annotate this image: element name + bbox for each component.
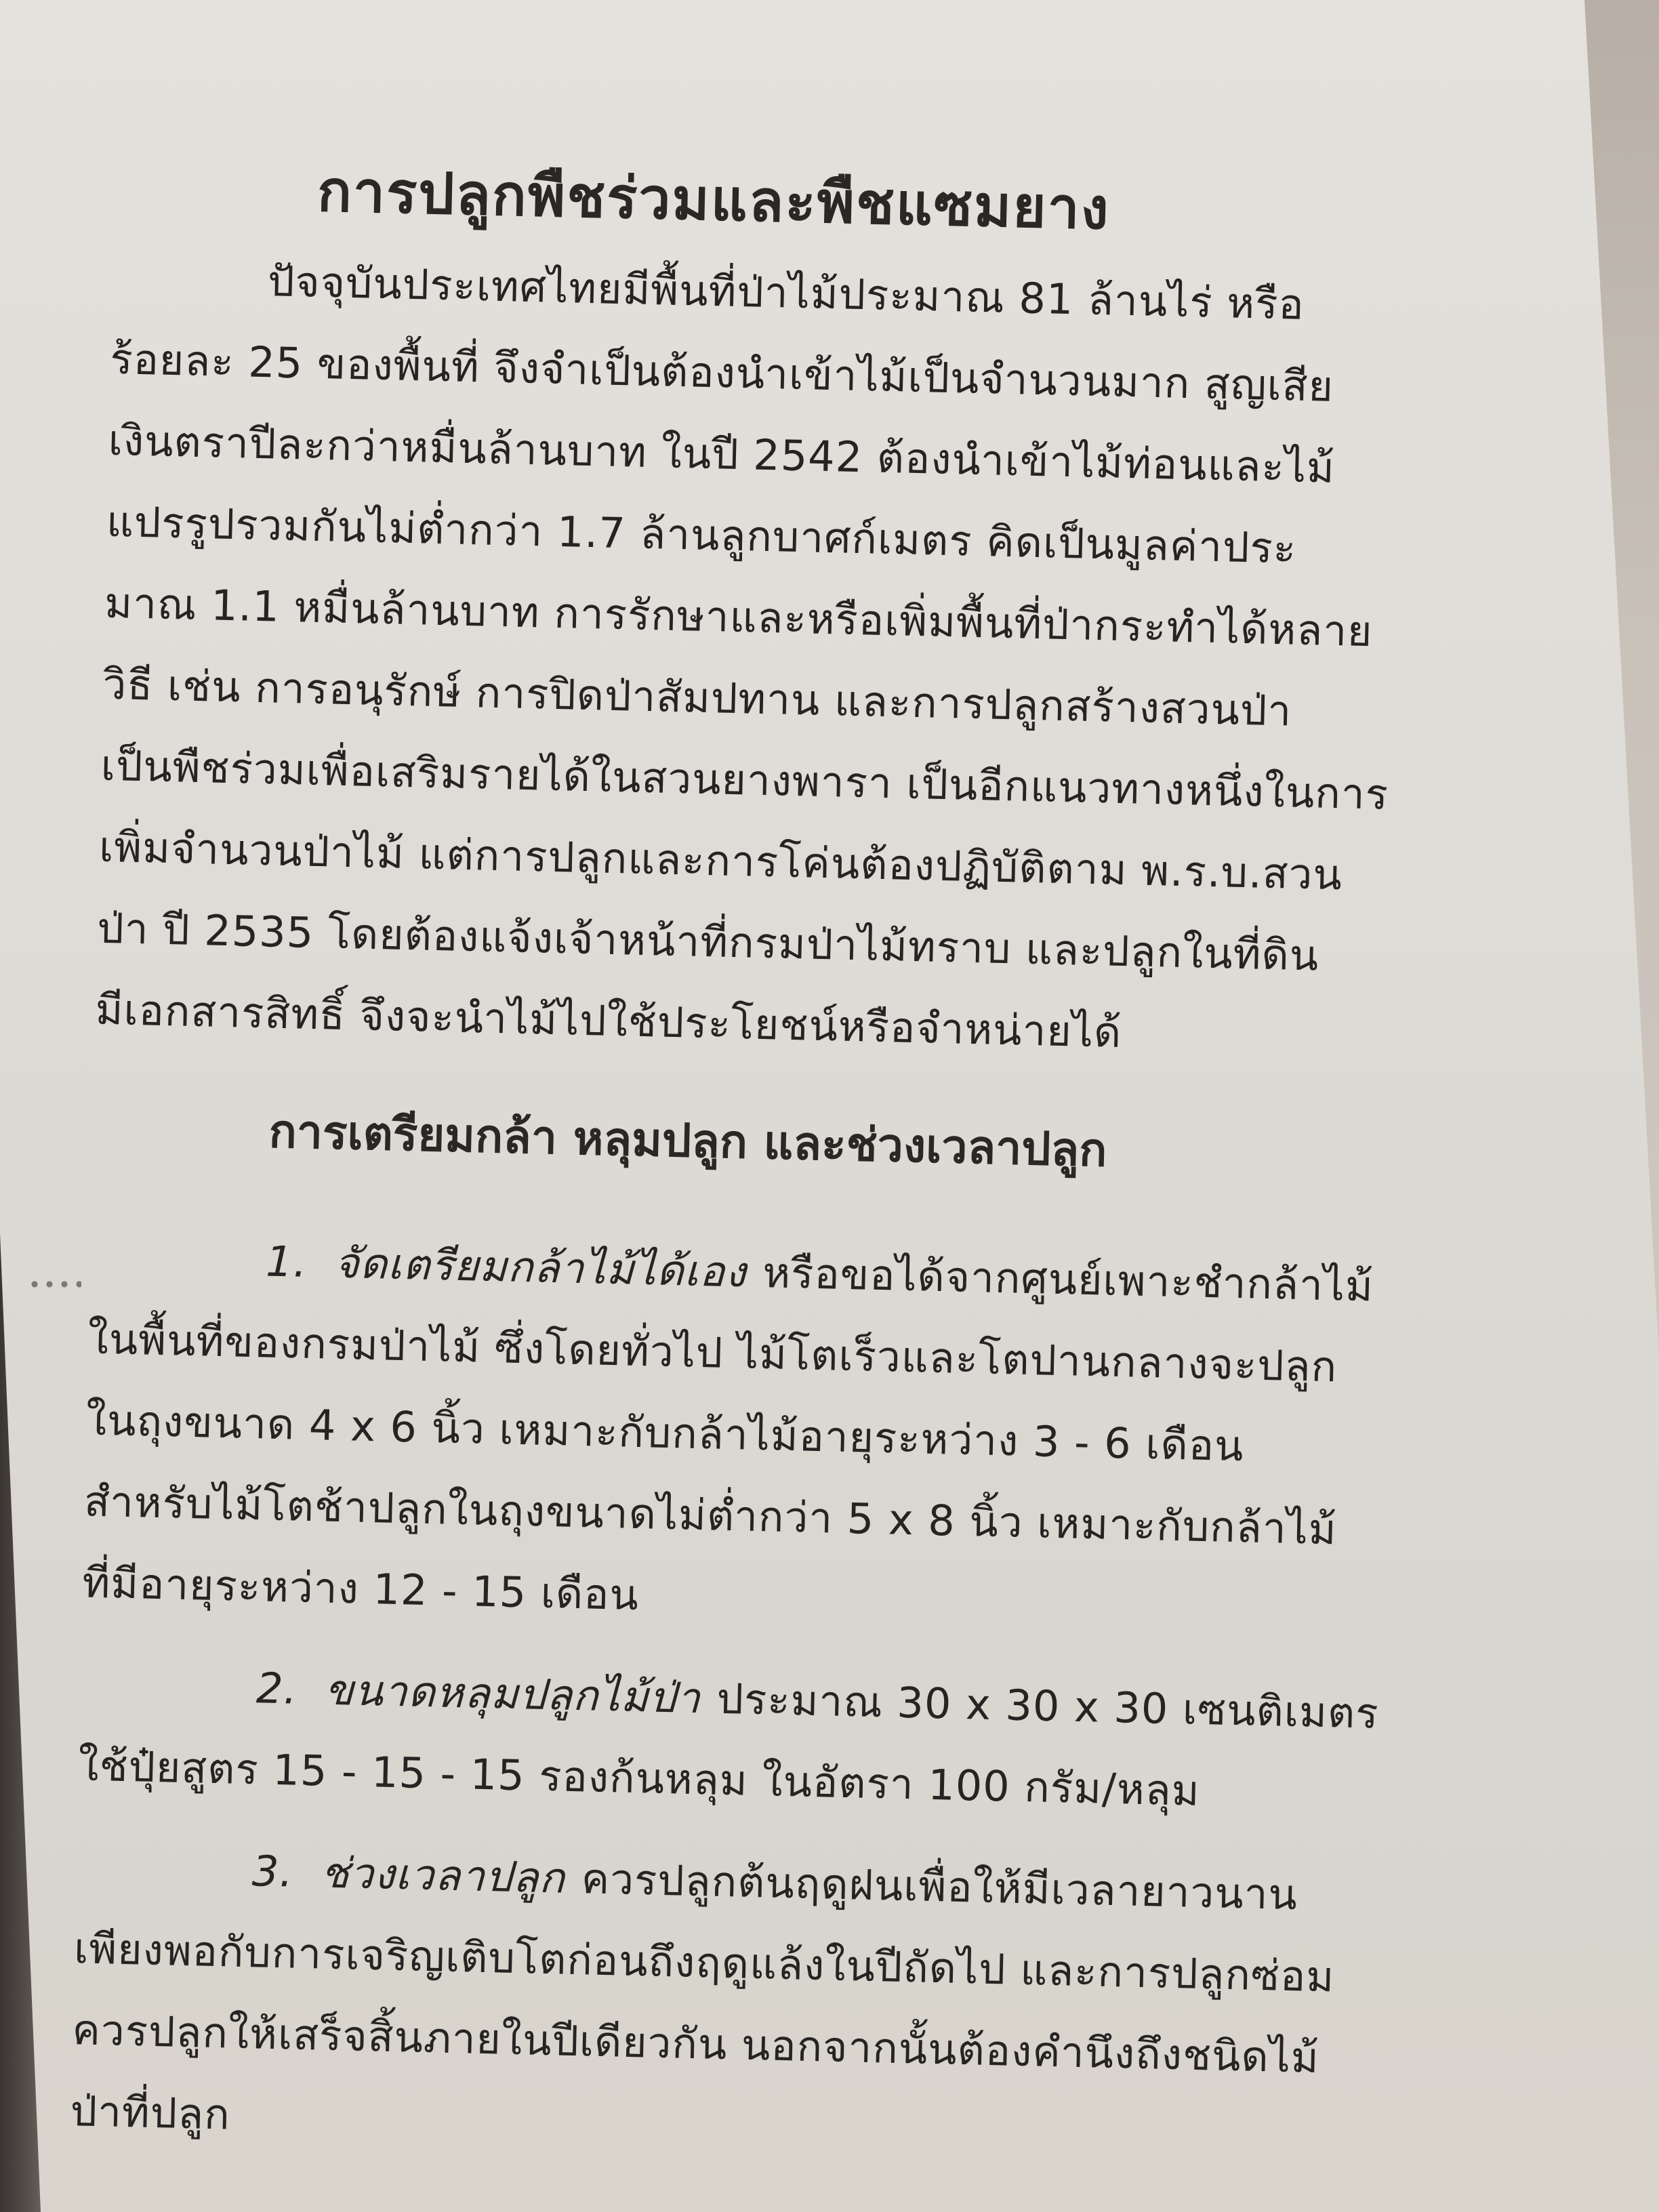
list-item-3: 3.ช่วงเวลาปลูกควรปลูกต้นฤดูฝนเพื่อให้มีเ… <box>69 1827 1431 2183</box>
list-item-heading: ขนาดหลุมปลูกไม้ป่า <box>324 1665 701 1723</box>
list-item-text: หรือขอได้จากศูนย์เพาะชำกล้าไม้ <box>762 1248 1374 1311</box>
list-item-number: 2. <box>255 1648 299 1730</box>
paper-page: การปลูกพืชร่วมและพืชแซมยาง ปัจจุบันประเท… <box>0 0 1659 2212</box>
list-item-number: 3. <box>251 1831 295 1913</box>
list-item-heading: จัดเตรียมกล้าไม้ได้เอง <box>334 1238 747 1297</box>
list-item-1: 1.จัดเตรียมกล้าไม้ได้เองหรือขอได้จากศูนย… <box>81 1217 1446 1654</box>
list-item-text: ควรปลูกต้นฤดูฝนเพื่อให้มีเวลายาวนาน <box>581 1854 1298 1920</box>
list-item-number: 1. <box>265 1221 308 1303</box>
numbered-list: 1.จัดเตรียมกล้าไม้ได้เองหรือขอได้จากศูนย… <box>69 1217 1446 2183</box>
list-item-text: ประมาณ 30 x 30 x 30 เซนติเมตร <box>716 1674 1379 1738</box>
intro-paragraph: ปัจจุบันประเทศไทยมีพื้นที่ป่าไม้ประมาณ 8… <box>94 237 1468 1081</box>
list-item-heading: ช่วงเวลาปลูก <box>320 1848 565 1903</box>
section-heading: การเตรียมกล้า หลุมปลูก และช่วงเวลาปลูก <box>91 1078 1449 1210</box>
page-content: การปลูกพืชร่วมและพืชแซมยาง ปัจจุบันประเท… <box>69 136 1470 2183</box>
ink-speck-marks <box>27 1281 81 1288</box>
list-item-2: 2.ขนาดหลุมปลูกไม้ป่าประมาณ 30 x 30 x 30 … <box>77 1644 1436 1837</box>
